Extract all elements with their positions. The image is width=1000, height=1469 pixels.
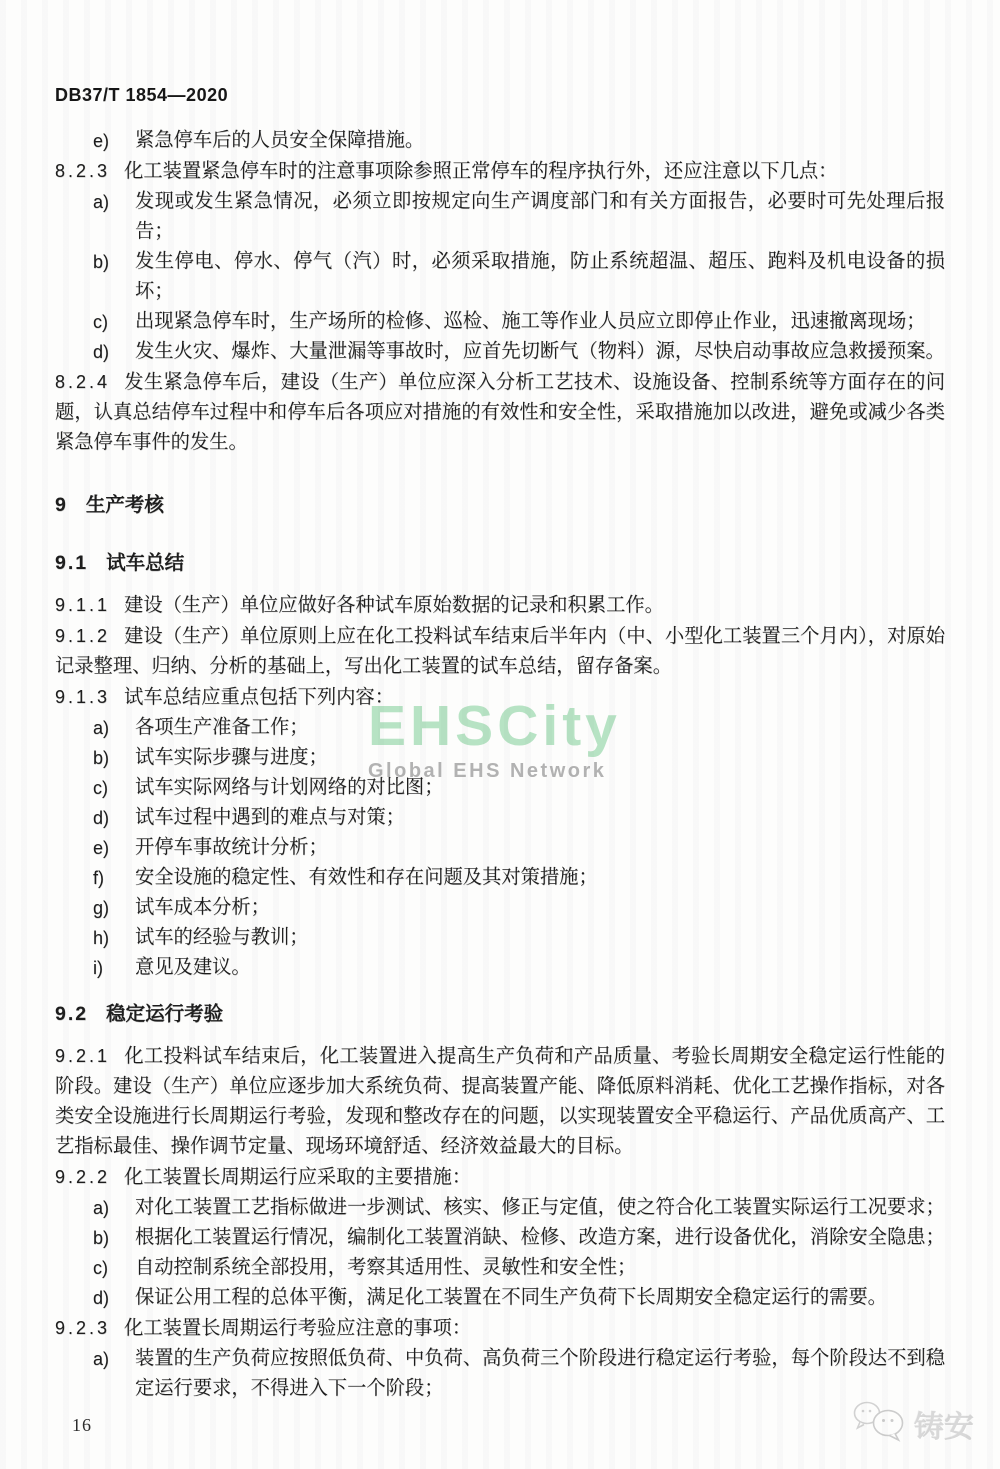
clause-text: 化工装置长周期运行应采取的主要措施： [124, 1167, 471, 1188]
list-item: a)装置的生产负荷应按照低负荷、中负荷、高负荷三个阶段进行稳定运行考验，每个阶段… [55, 1344, 945, 1404]
list-item: d)保证公用工程的总体平衡，满足化工装置在不同生产负荷下长周期安全稳定运行的需要… [55, 1283, 945, 1313]
page-number: 16 [72, 1415, 92, 1436]
list-item-label: h) [93, 923, 135, 953]
list-item-label: i) [93, 953, 135, 983]
list-item-text: 对化工装置工艺指标做进一步测试、核实、修正与定值，使之符合化工装置实际运行工况要… [135, 1193, 945, 1223]
list-item-text: 试车过程中遇到的难点与对策； [135, 803, 945, 833]
document-page: DB37/T 1854—2020 EHSCity Global EHS Netw… [0, 0, 1000, 1469]
clause-text: 化工装置紧急停车时的注意事项除参照正常停车的程序执行外，还应注意以下几点： [124, 161, 837, 182]
list-item: b)试车实际步骤与进度； [55, 743, 945, 773]
list-item-label: d) [93, 1283, 135, 1313]
list-item: h)试车的经验与教训； [55, 923, 945, 953]
list-item-label: e) [93, 126, 135, 156]
list-item-label: b) [93, 247, 135, 307]
clause-number: 9.2.1 [55, 1046, 110, 1066]
heading-text: 试车总结 [106, 552, 184, 574]
list-item-text: 发现或发生紧急情况，必须立即按规定向生产调度部门和有关方面报告，必要时可先处理后… [135, 187, 945, 247]
list-item-label: g) [93, 893, 135, 923]
clause-number: 8.2.4 [55, 372, 110, 392]
list-item-text: 试车成本分析； [135, 893, 945, 923]
list-item: c)试车实际网络与计划网络的对比图； [55, 773, 945, 803]
clause-number: 9.2.2 [55, 1167, 110, 1187]
clause-number: 9.1.3 [55, 687, 110, 707]
list-item-text: 试车实际网络与计划网络的对比图； [135, 773, 945, 803]
subsection-heading: 9.2稳定运行考验 [55, 999, 945, 1029]
brand-watermark: 铸安 [851, 1398, 974, 1449]
list-item-text: 装置的生产负荷应按照低负荷、中负荷、高负荷三个阶段进行稳定运行考验，每个阶段达不… [135, 1344, 945, 1404]
clause: 9.2.3化工装置长周期运行考验应注意的事项： [55, 1313, 945, 1344]
list-item-text: 试车实际步骤与进度； [135, 743, 945, 773]
clause-text: 化工投料试车结束后，化工装置进入提高生产负荷和产品质量、考验长周期安全稳定运行性… [55, 1046, 945, 1157]
list-item: d)试车过程中遇到的难点与对策； [55, 803, 945, 833]
list-item: e)紧急停车后的人员安全保障措施。 [55, 126, 945, 156]
clause-number: 9.2.3 [55, 1318, 110, 1338]
list-item-label: c) [93, 1253, 135, 1283]
list-item: c)出现紧急停车时，生产场所的检修、巡检、施工等作业人员应立即停止作业，迅速撤离… [55, 307, 945, 337]
section-heading: 9生产考核 [55, 490, 945, 520]
list-item-label: a) [93, 1193, 135, 1223]
list-item: a)各项生产准备工作； [55, 713, 945, 743]
list-item-text: 意见及建议。 [135, 953, 945, 983]
list-item-label: d) [93, 337, 135, 367]
list-item-text: 自动控制系统全部投用，考察其适用性、灵敏性和安全性； [135, 1253, 945, 1283]
clause: 9.1.3试车总结应重点包括下列内容： [55, 682, 945, 713]
clause: 9.2.2化工装置长周期运行应采取的主要措施： [55, 1162, 945, 1193]
clause-number: 9.1.2 [55, 626, 110, 646]
heading-number: 9.1 [55, 552, 88, 574]
list-item-text: 根据化工装置运行情况，编制化工装置消缺、检修、改造方案，进行设备优化，消除安全隐… [135, 1223, 945, 1253]
list-item-label: c) [93, 773, 135, 803]
clause-text: 建设（生产）单位原则上应在化工投料试车结束后半年内（中、小型化工装置三个月内），… [55, 626, 945, 677]
clause: 9.2.1化工投料试车结束后，化工装置进入提高生产负荷和产品质量、考验长周期安全… [55, 1041, 945, 1162]
header-doc-number: DB37/T 1854—2020 [55, 85, 228, 106]
list-item-text: 保证公用工程的总体平衡，满足化工装置在不同生产负荷下长周期安全稳定运行的需要。 [135, 1283, 945, 1313]
list-item-label: a) [93, 1344, 135, 1404]
clause: 9.1.2建设（生产）单位原则上应在化工投料试车结束后半年内（中、小型化工装置三… [55, 621, 945, 682]
list-item: b)发生停电、停水、停气（汽）时，必须采取措施，防止系统超温、超压、跑料及机电设… [55, 247, 945, 307]
list-item-label: b) [93, 743, 135, 773]
list-item-text: 紧急停车后的人员安全保障措施。 [135, 126, 945, 156]
list-item: a)发现或发生紧急情况，必须立即按规定向生产调度部门和有关方面报告，必要时可先处… [55, 187, 945, 247]
list-item-label: f) [93, 863, 135, 893]
clause: 9.1.1建设（生产）单位应做好各种试车原始数据的记录和积累工作。 [55, 590, 945, 621]
clause-text: 试车总结应重点包括下列内容： [124, 687, 394, 708]
list-item-label: c) [93, 307, 135, 337]
list-item: i)意见及建议。 [55, 953, 945, 983]
clause-text: 建设（生产）单位应做好各种试车原始数据的记录和积累工作。 [124, 595, 664, 616]
heading-text: 生产考核 [86, 494, 164, 516]
list-item: g)试车成本分析； [55, 893, 945, 923]
clause: 8.2.4发生紧急停车后，建设（生产）单位应深入分析工艺技术、设施设备、控制系统… [55, 367, 945, 458]
list-item: f)安全设施的稳定性、有效性和存在问题及其对策措施； [55, 863, 945, 893]
wechat-icon [851, 1398, 909, 1449]
brand-text: 铸安 [914, 1402, 974, 1446]
heading-text: 稳定运行考验 [106, 1003, 223, 1025]
list-item: b)根据化工装置运行情况，编制化工装置消缺、检修、改造方案，进行设备优化，消除安… [55, 1223, 945, 1253]
list-item-label: a) [93, 713, 135, 743]
list-item-text: 出现紧急停车时，生产场所的检修、巡检、施工等作业人员应立即停止作业，迅速撤离现场… [135, 307, 945, 337]
clause-text: 化工装置长周期运行考验应注意的事项： [124, 1318, 471, 1339]
list-item-text: 试车的经验与教训； [135, 923, 945, 953]
list-item: d)发生火灾、爆炸、大量泄漏等事故时，应首先切断气（物料）源，尽快启动事故应急救… [55, 337, 945, 367]
list-item-label: d) [93, 803, 135, 833]
clause-number: 8.2.3 [55, 161, 110, 181]
list-item-text: 各项生产准备工作； [135, 713, 945, 743]
list-item-text: 安全设施的稳定性、有效性和存在问题及其对策措施； [135, 863, 945, 893]
heading-number: 9 [55, 494, 68, 516]
list-item: a)对化工装置工艺指标做进一步测试、核实、修正与定值，使之符合化工装置实际运行工… [55, 1193, 945, 1223]
list-item: c)自动控制系统全部投用，考察其适用性、灵敏性和安全性； [55, 1253, 945, 1283]
clause-text: 发生紧急停车后，建设（生产）单位应深入分析工艺技术、设施设备、控制系统等方面存在… [55, 372, 945, 453]
list-item-label: b) [93, 1223, 135, 1253]
clause-number: 9.1.1 [55, 595, 110, 615]
subsection-heading: 9.1试车总结 [55, 548, 945, 578]
list-item-text: 开停车事故统计分析； [135, 833, 945, 863]
heading-number: 9.2 [55, 1003, 88, 1025]
list-item-label: e) [93, 833, 135, 863]
clause: 8.2.3化工装置紧急停车时的注意事项除参照正常停车的程序执行外，还应注意以下几… [55, 156, 945, 187]
list-item-text: 发生停电、停水、停气（汽）时，必须采取措施，防止系统超温、超压、跑料及机电设备的… [135, 247, 945, 307]
list-item-label: a) [93, 187, 135, 247]
list-item-text: 发生火灾、爆炸、大量泄漏等事故时，应首先切断气（物料）源，尽快启动事故应急救援预… [135, 337, 945, 367]
list-item: e)开停车事故统计分析； [55, 833, 945, 863]
page-content: e)紧急停车后的人员安全保障措施。8.2.3化工装置紧急停车时的注意事项除参照正… [55, 126, 945, 1404]
